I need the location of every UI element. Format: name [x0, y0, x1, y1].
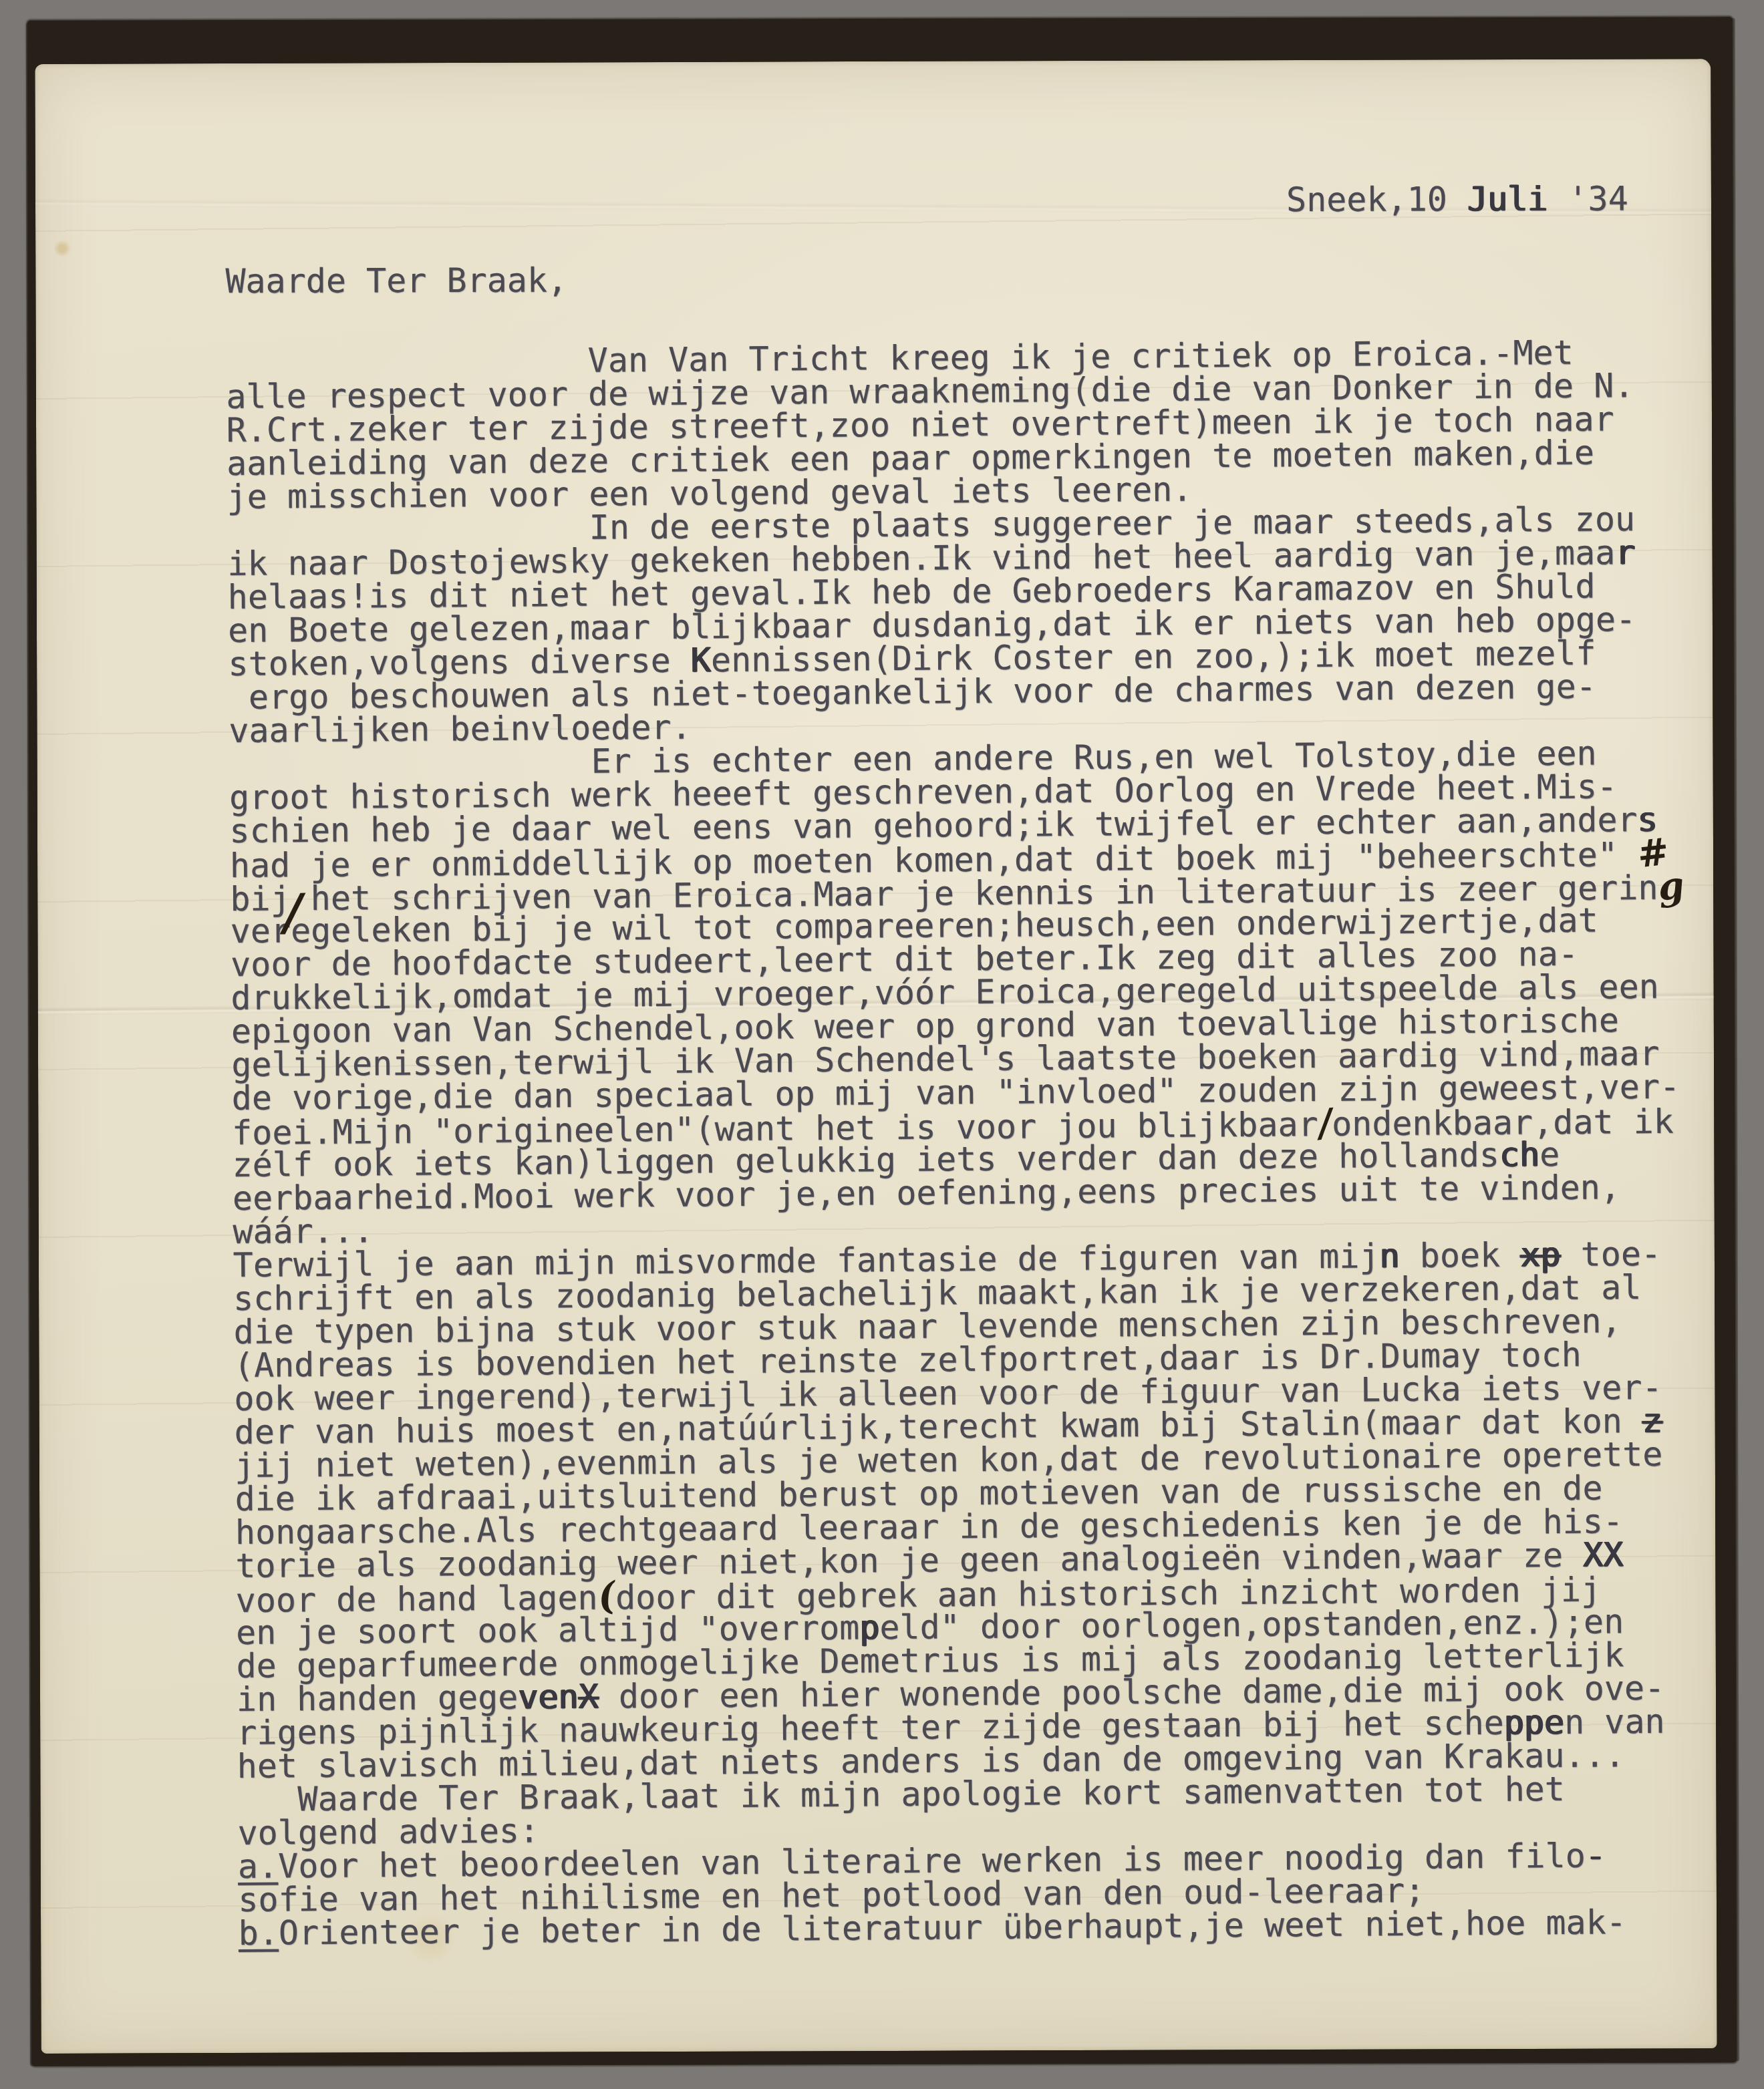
correction-mark: b.	[238, 1913, 279, 1952]
letter-salutation: Waarde Ter Braak,	[225, 263, 567, 298]
correction-mark: e	[291, 911, 311, 950]
letter-body: Van Van Tricht kreeg ik je critiek op Er…	[226, 335, 1693, 1950]
text-run: Waarde Ter Braak,	[225, 261, 567, 301]
letter-dateline: Sneek,10 Juli '34	[1286, 182, 1628, 216]
correction-mark: XX	[1583, 1535, 1624, 1574]
correction-mark: /	[1316, 1106, 1334, 1140]
correction-mark: Juli	[1467, 180, 1548, 218]
letter-line: b.Orienteer je beter in de literatuur üb…	[239, 1905, 1693, 1950]
correction-mark: r	[1615, 533, 1636, 572]
text-run: '34	[1548, 179, 1628, 218]
scan-background: Sneek,10 Juli '34 Waarde Ter Braak, Van …	[0, 0, 1764, 2089]
correction-mark: (	[596, 1579, 617, 1614]
text-run: Sneek,10	[1286, 180, 1467, 219]
correction-mark: -	[1586, 1836, 1606, 1875]
correction-mark: g	[1656, 868, 1686, 905]
letter-page: Sneek,10 Juli '34 Waarde Ter Braak, Van …	[35, 59, 1717, 2054]
